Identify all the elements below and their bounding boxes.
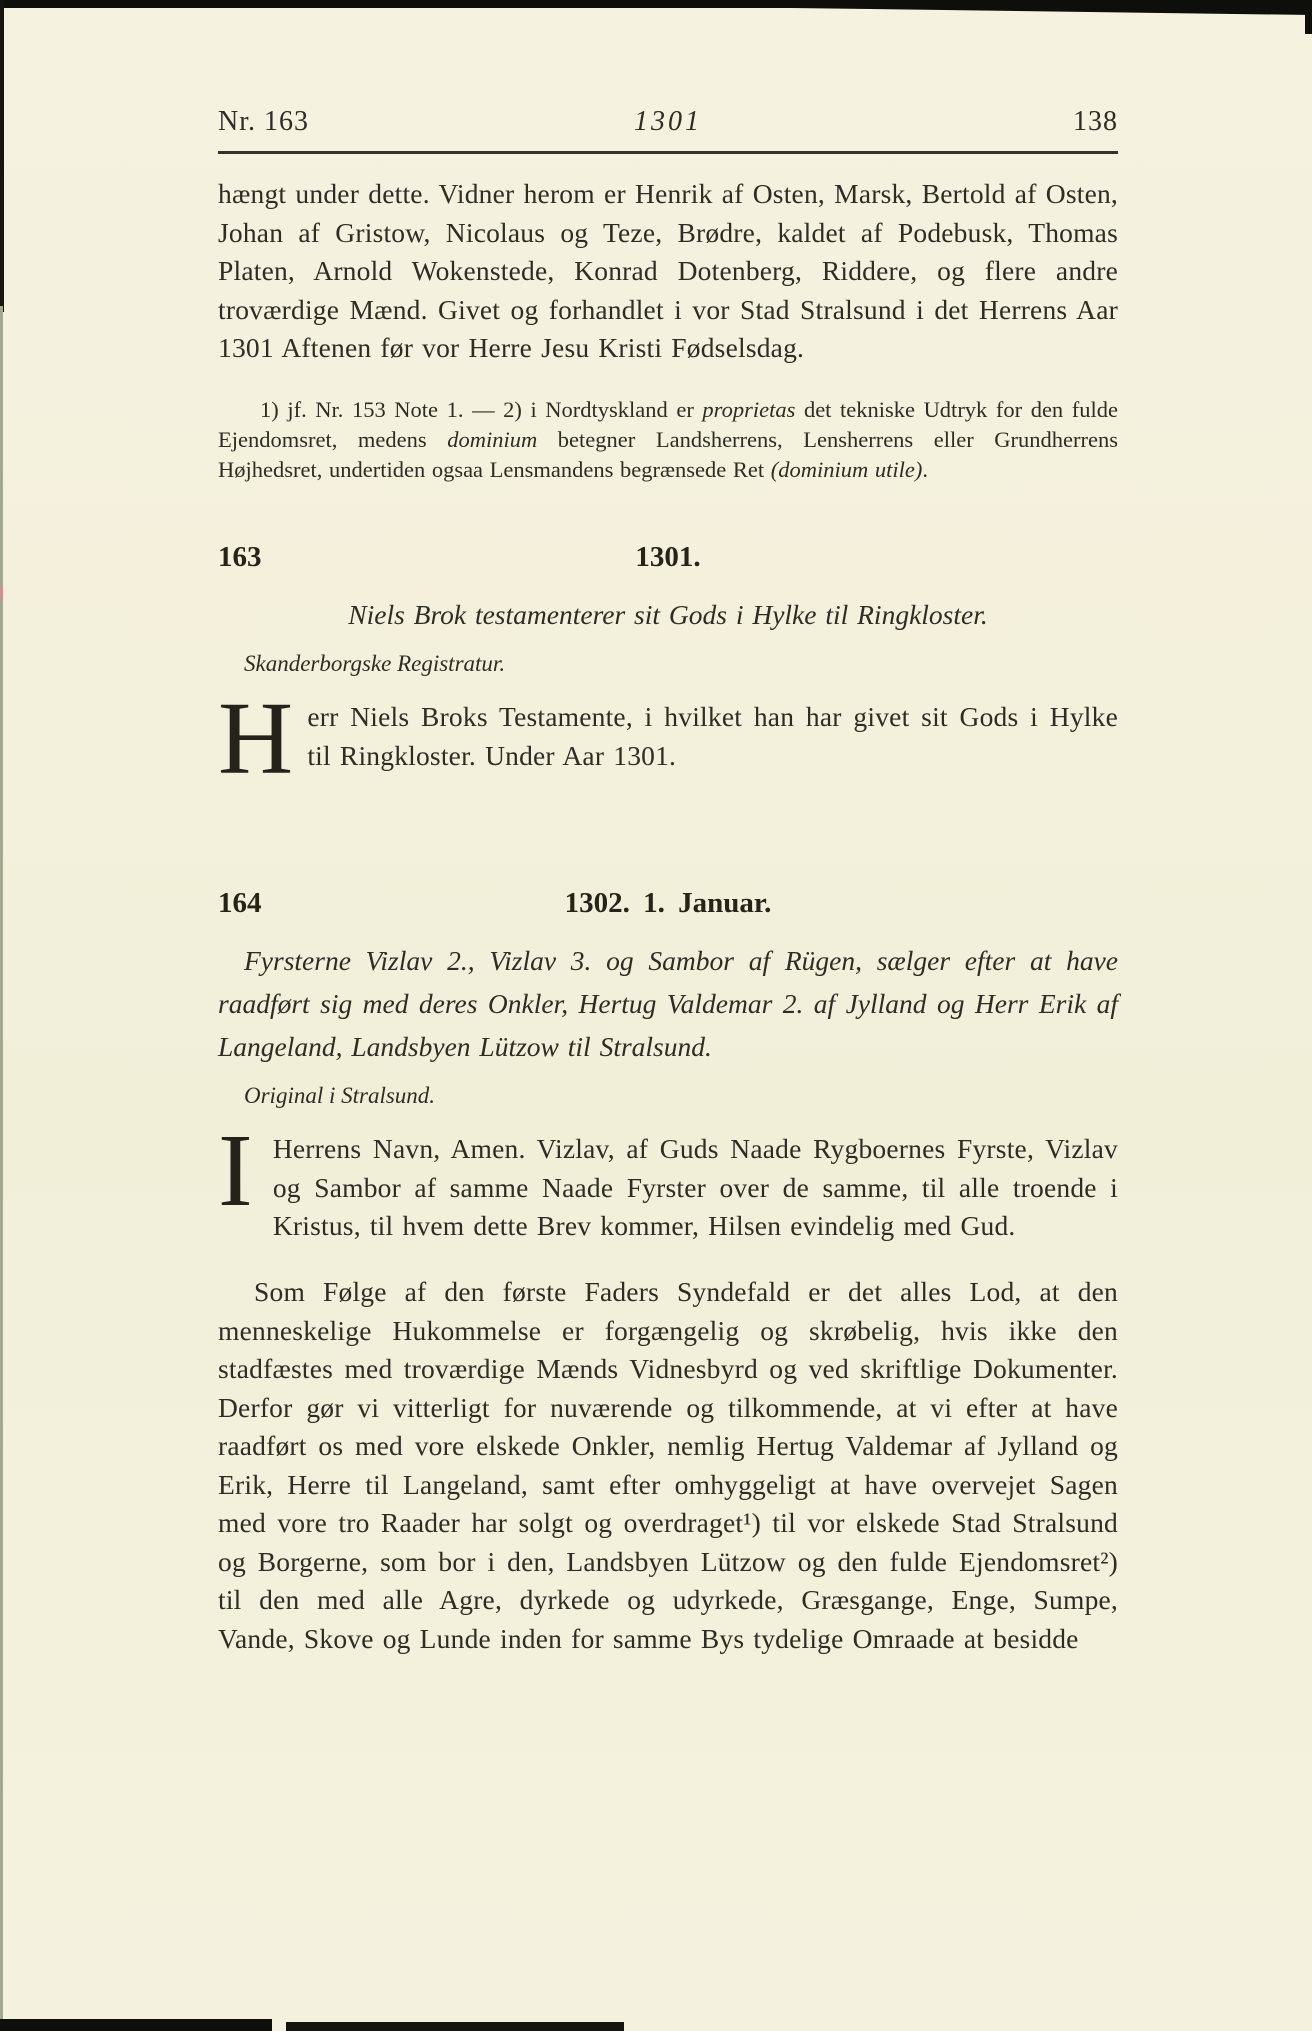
entry-source: Original i Stralsund. <box>244 1083 1118 1109</box>
entry-number: 163 <box>218 541 262 574</box>
scan-edge-bottom-mid <box>286 2022 624 2031</box>
header-entry-number: Nr. 163 <box>218 106 309 138</box>
footnote-term-latin: dominium <box>447 427 537 452</box>
scan-edge-left-light <box>0 306 3 2031</box>
footnote-segment: 1) jf. Nr. 153 Note 1. — 2) i Nordtyskla… <box>260 397 702 422</box>
running-header: Nr. 163 1301 138 <box>218 106 1118 154</box>
entry-title: Niels Brok testamenterer sit Gods i Hylk… <box>218 593 1118 636</box>
footnote-term-latin: proprietas <box>702 397 795 422</box>
continuation-paragraph: hængt under dette. Vidner herom er Henri… <box>218 175 1118 368</box>
scan-edge-left-dark <box>0 0 4 312</box>
scan-edge-left-mark <box>0 586 3 600</box>
entry-163-heading: 163 1301. <box>218 541 1118 574</box>
entry-164-heading: 164 1302. 1. Januar. <box>218 887 1118 920</box>
footnote-segment: . <box>922 457 928 482</box>
scan-edge-right-notch <box>1305 0 1312 34</box>
drop-cap-initial: I <box>218 1130 273 1209</box>
entry-163: 163 1301. Niels Brok testamenterer sit G… <box>218 541 1118 775</box>
entry-date: 1302. 1. Januar. <box>218 887 1118 920</box>
entry-source: Skanderborgske Registratur. <box>244 651 1118 677</box>
entry-164: 164 1302. 1. Januar. Fyrsterne Vizlav 2.… <box>218 887 1118 1658</box>
header-page-number: 138 <box>1073 106 1118 138</box>
entry-164-paragraph-1: IHerrens Navn, Amen. Vizlav, af Guds Naa… <box>218 1130 1118 1246</box>
header-year: 1301 <box>634 106 702 138</box>
entry-date: 1301. <box>218 541 1118 574</box>
footnote-term-latin: (dominium utile) <box>771 457 923 482</box>
entry-title: Fyrsterne Vizlav 2., Vizlav 3. og Sambor… <box>218 939 1118 1068</box>
scan-edge-top-right <box>700 0 1312 15</box>
text-column: Nr. 163 1301 138 hængt under dette. Vidn… <box>218 106 1118 1686</box>
entry-164-paragraph-2: Som Følge af den første Faders Syndefald… <box>218 1273 1118 1658</box>
entry-body-text: err Niels Broks Testamente, i hvilket ha… <box>307 701 1118 771</box>
entry-163-body: Herr Niels Broks Testamente, i hvilket h… <box>218 698 1118 775</box>
footnote: 1) jf. Nr. 153 Note 1. — 2) i Nordtyskla… <box>218 395 1118 485</box>
drop-cap-initial: H <box>218 698 307 777</box>
scanned-book-page: Nr. 163 1301 138 hængt under dette. Vidn… <box>0 0 1312 2031</box>
scan-edge-bottom-left <box>0 2019 272 2031</box>
entry-body-text: Herrens Navn, Amen. Vizlav, af Guds Naad… <box>273 1133 1118 1241</box>
entry-number: 164 <box>218 887 262 920</box>
